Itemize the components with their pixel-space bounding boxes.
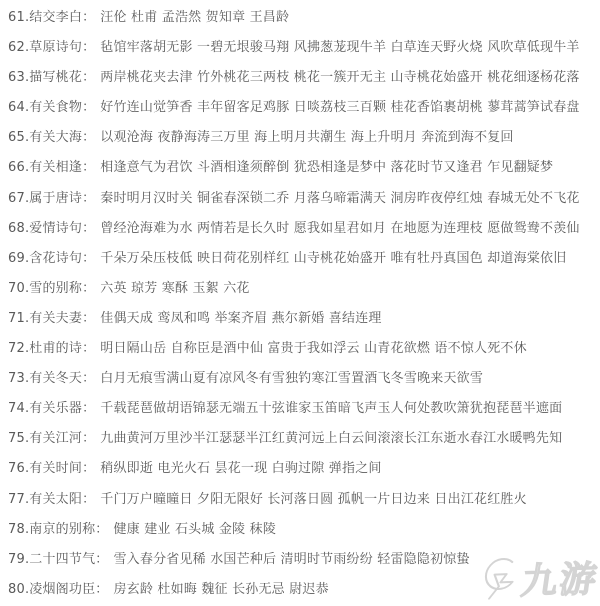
list-item: 79.二十四节气：雪入春分省见稀 水国芒种后 清明时节雨纷纷 轻雷隐隐初惊蛰 [8,545,594,575]
item-answers: 六英 琼芳 寒酥 玉絮 六花 [100,281,249,296]
item-label: 61.结交李白： [8,10,95,25]
item-answers: 房玄龄 杜如晦 魏征 长孙无忌 尉迟恭 [113,582,328,597]
item-answers: 白月无痕雪满山夏有凉风冬有雪独钓寒江雪置酒飞冬雪晚来天欲雪 [100,371,483,386]
list-item: 63.描写桃花：两岸桃花夹去津 竹外桃花三两枝 桃花一簇开无主 山寺桃花始盛开 … [8,63,594,93]
item-answers: 千门万户曈曈日 夕阳无限好 长河落日圆 孤帆一片日边来 日出江花红胜火 [100,492,527,507]
item-label: 77.有关太阳： [8,492,95,507]
item-label: 80.凌烟阁功臣： [8,582,108,597]
item-label: 66.有关相逢： [8,160,95,175]
item-answers: 佳偶天成 鸾凤和鸣 举案齐眉 燕尔新婚 喜结连理 [100,311,381,326]
item-label: 63.描写桃花： [8,70,95,85]
list-item: 72.杜甫的诗：明日隔山岳 自称臣是酒中仙 富贵于我如浮云 山青花欲燃 语不惊人… [8,334,594,364]
list-item: 66.有关相逢：相逢意气为君饮 斗酒相逢须醉倒 犹恐相逢是梦中 落花时节又逢君 … [8,153,594,183]
list-item: 74.有关乐器：千载琵琶做胡语锦瑟无端五十弦谁家玉笛暗飞声玉人何处教吹箫犹抱琵琶… [8,394,594,424]
item-label: 73.有关冬天： [8,371,95,386]
item-label: 72.杜甫的诗： [8,341,95,356]
list-item: 71.有关夫妻：佳偶天成 鸾凤和鸣 举案齐眉 燕尔新婚 喜结连理 [8,304,594,334]
item-answers: 明日隔山岳 自称臣是酒中仙 富贵于我如浮云 山青花欲燃 语不惊人死不休 [100,341,527,356]
list-item: 80.凌烟阁功臣：房玄龄 杜如晦 魏征 长孙无忌 尉迟恭 [8,575,594,605]
answer-list-page: 61.结交李白：汪伦 杜甫 孟浩然 贺知章 王昌龄 62.草原诗句：毡馆牢落胡无… [0,0,600,606]
item-label: 75.有关江河： [8,431,95,446]
list-item: 68.爱情诗句：曾经沧海难为水 两情若是长久时 愿我如星君如月 在地愿为连理枝 … [8,214,594,244]
item-label: 78.南京的别称： [8,522,108,537]
list-item: 69.含花诗句：千朵万朵压枝低 映日荷花别样红 山寺桃花始盛开 唯有牡丹真国色 … [8,244,594,274]
item-label: 62.草原诗句： [8,40,95,55]
list-item: 64.有关食物：好竹连山觉笋香 丰年留客足鸡豚 日啖荔枝三百颗 桂花香馅裹胡桃 … [8,93,594,123]
item-answers: 毡馆牢落胡无影 一碧无垠骏马翔 风拂葱茏现牛羊 白草连天野火烧 风吹草低现牛羊 [100,40,579,55]
list-item: 65.有关大海：以观沧海 夜静海涛三万里 海上明月共潮生 海上升明月 奔流到海不… [8,123,594,153]
item-answers: 好竹连山觉笋香 丰年留客足鸡豚 日啖荔枝三百颗 桂花香馅裹胡桃 蓼茸蒿笋试春盘 [100,100,579,115]
item-answers: 汪伦 杜甫 孟浩然 贺知章 王昌龄 [100,10,289,25]
list-item: 78.南京的别称：健康 建业 石头城 金陵 秣陵 [8,515,594,545]
list-item: 77.有关太阳：千门万户曈曈日 夕阳无限好 长河落日圆 孤帆一片日边来 日出江花… [8,485,594,515]
item-answers: 九曲黄河万里沙半江瑟瑟半江红黄河远上白云间滚滚长江东逝水春江水暖鸭先知 [100,431,562,446]
item-label: 65.有关大海： [8,130,95,145]
item-label: 76.有关时间： [8,461,95,476]
item-label: 70.雪的别称： [8,281,95,296]
list-item: 75.有关江河：九曲黄河万里沙半江瑟瑟半江红黄河远上白云间滚滚长江东逝水春江水暖… [8,424,594,454]
item-label: 68.爱情诗句： [8,221,95,236]
item-answers: 雪入春分省见稀 水国芒种后 清明时节雨纷纷 轻雷隐隐初惊蛰 [113,552,469,567]
item-answers: 秦时明月汉时关 铜雀春深锁二乔 月落乌啼霜满天 洞房昨夜停红烛 春城无处不飞花 [100,191,579,206]
item-label: 74.有关乐器： [8,401,95,416]
item-label: 64.有关食物： [8,100,95,115]
list-item: 67.属于唐诗：秦时明月汉时关 铜雀春深锁二乔 月落乌啼霜满天 洞房昨夜停红烛 … [8,184,594,214]
item-label: 71.有关夫妻： [8,311,95,326]
item-answers: 稍纵即逝 电光火石 昙花一现 白驹过隙 弹指之间 [100,461,381,476]
numbered-answer-list: 61.结交李白：汪伦 杜甫 孟浩然 贺知章 王昌龄 62.草原诗句：毡馆牢落胡无… [0,0,600,605]
item-label: 67.属于唐诗： [8,191,95,206]
list-item: 61.结交李白：汪伦 杜甫 孟浩然 贺知章 王昌龄 [8,3,594,33]
item-answers: 相逢意气为君饮 斗酒相逢须醉倒 犹恐相逢是梦中 落花时节又逢君 乍见翻疑梦 [100,160,553,175]
list-item: 70.雪的别称：六英 琼芳 寒酥 玉絮 六花 [8,274,594,304]
item-answers: 千朵万朵压枝低 映日荷花别样红 山寺桃花始盛开 唯有牡丹真国色 却道海棠依旧 [100,251,566,266]
list-item: 62.草原诗句：毡馆牢落胡无影 一碧无垠骏马翔 风拂葱茏现牛羊 白草连天野火烧 … [8,33,594,63]
item-label: 79.二十四节气： [8,552,108,567]
item-answers: 两岸桃花夹去津 竹外桃花三两枝 桃花一簇开无主 山寺桃花始盛开 桃花细逐杨花落 [100,70,579,85]
list-item: 73.有关冬天：白月无痕雪满山夏有凉风冬有雪独钓寒江雪置酒飞冬雪晚来天欲雪 [8,364,594,394]
item-answers: 以观沧海 夜静海涛三万里 海上明月共潮生 海上升明月 奔流到海不复回 [100,130,513,145]
item-label: 69.含花诗句： [8,251,95,266]
item-answers: 千载琵琶做胡语锦瑟无端五十弦谁家玉笛暗飞声玉人何处教吹箫犹抱琵琶半遮面 [100,401,562,416]
item-answers: 曾经沧海难为水 两情若是长久时 愿我如星君如月 在地愿为连理枝 愿做鸳鸯不羡仙 [100,221,579,236]
list-item: 76.有关时间：稍纵即逝 电光火石 昙花一现 白驹过隙 弹指之间 [8,454,594,484]
item-answers: 健康 建业 石头城 金陵 秣陵 [113,522,276,537]
